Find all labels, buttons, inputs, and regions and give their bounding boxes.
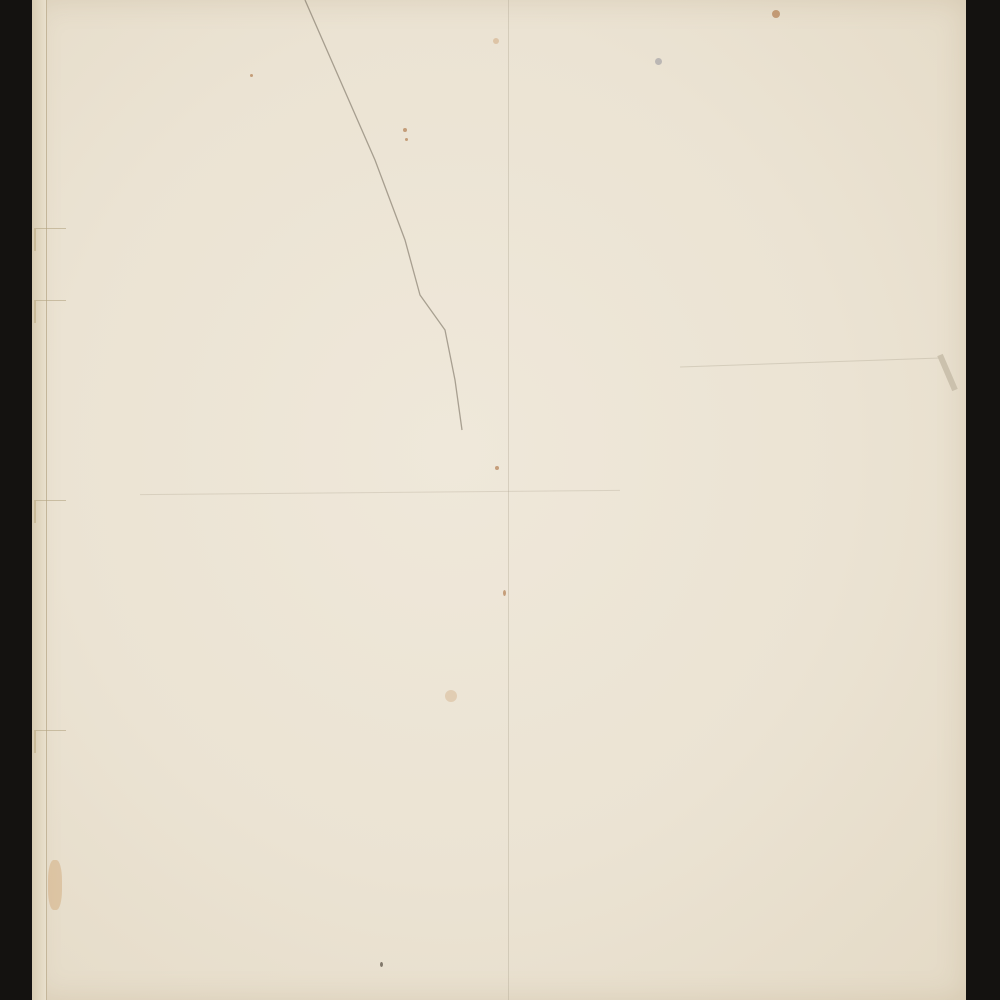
foxing-spot <box>772 10 780 18</box>
foxing-spot <box>493 38 499 44</box>
foxing-spot <box>495 466 499 470</box>
foxing-spot <box>250 74 253 77</box>
foxing-spot <box>380 962 383 967</box>
foxing-spot <box>655 58 662 65</box>
foxing-spot <box>445 690 457 702</box>
foxing-spot <box>405 138 408 141</box>
foxing-spot <box>403 128 407 132</box>
paper-crack <box>0 0 1000 1000</box>
foxing-stain <box>48 860 62 910</box>
foxing-spot <box>503 590 506 596</box>
